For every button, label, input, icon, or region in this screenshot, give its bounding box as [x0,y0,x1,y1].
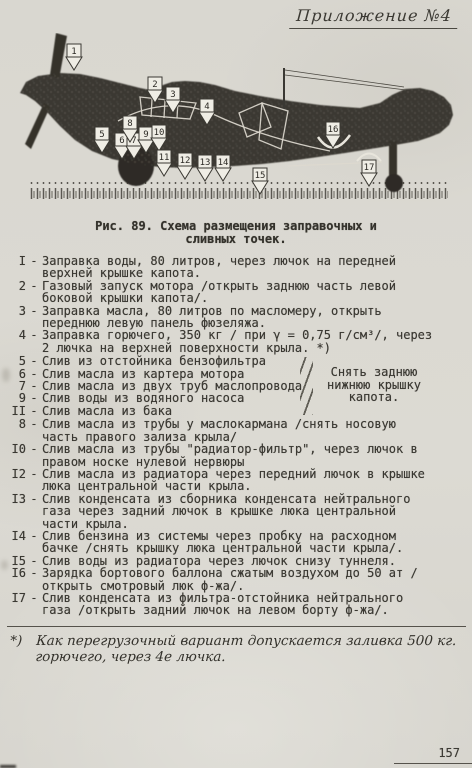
item-dash: - [26,280,42,292]
tailwheel-strut [389,141,397,177]
drain-points-group: 5 - Слив из отстойника бензофильтра 6 - … [0,355,472,417]
item-text: Слив масла из бака [42,405,172,417]
list-item-2: 2 - Газовый запуск мотора /открыть задню… [0,280,472,305]
list-item-14: I4 - Слив бензина из системы через пробк… [0,530,472,555]
arrow-1: 1 [66,44,82,70]
list-item-17: I7 - Слив конденсата из фильтра-отстойни… [0,592,472,617]
arrow-3-label: 3 [170,90,175,100]
item-number: I3 [0,493,26,505]
item-text: Заправка воды, 80 литров, через лючок на… [42,255,434,280]
item-number: 5 [0,355,26,367]
item-number: I0 [0,443,26,455]
item-dash: - [26,530,42,542]
scan-smudge [2,368,10,382]
arrow-9-label: 9 [143,130,148,140]
item-number: I4 [0,530,26,542]
propeller-blade-upper [50,33,67,79]
arrow-10-label: 10 [154,128,165,138]
item-dash: - [26,493,42,505]
footnote: *) Как перегрузочный вариант допускается… [5,626,466,665]
arrow-12-label: 12 [180,156,191,166]
list-item-4: 4 - Заправка горючего, 350 кг / при γ = … [0,329,472,354]
item-text: Слив воды из водяного насоса [42,392,244,404]
annotation-title: Приложение №4 [289,6,459,29]
item-dash: - [26,567,42,579]
item-number: 4 [0,329,26,341]
arrow-17-label: 17 [364,163,375,173]
item-number: 8 [0,418,26,430]
list-item-3: 3 - Заправка масла, 80 литров по масломе… [0,305,472,330]
arrow-14: 14 [215,155,231,181]
item-dash: - [26,418,42,430]
item-dash: - [26,592,42,604]
bottom-edge-line [394,763,472,764]
group-note: Снять заднюю нижнюю крышку капота. [327,366,421,403]
item-number: 9 [0,392,26,404]
list-item-10: I0 - Слив масла из трубы "радиатор-фильт… [0,443,472,468]
list-item-5: 5 - Слив из отстойника бензофильтра [0,355,300,367]
item-text: Зарядка бортового баллона сжатым воздухо… [42,567,434,592]
item-text: Газовый запуск мотора /открыть заднюю ча… [42,280,434,305]
item-number: I2 [0,468,26,480]
item-dash: - [26,405,42,417]
page-number: 157 [438,746,460,760]
arrow-15-label: 15 [255,171,266,181]
item-text: Слив конденсата из фильтра-отстойника не… [42,592,434,617]
arrow-17: 17 [357,154,381,187]
arrow-14-label: 14 [218,158,229,168]
aircraft-silhouette [20,33,453,192]
item-dash: - [26,443,42,455]
list-item-13: I3 - Слив конденсата из сборника конденс… [0,493,472,530]
arrow-12: 12 [177,153,193,179]
item-dash: - [26,329,42,341]
footnote-marker: *) [5,633,37,665]
arrow-5-label: 5 [99,130,104,140]
drain-points-group-items: 5 - Слив из отстойника бензофильтра 6 - … [0,355,300,417]
item-text: Слив масла из трубы у маслокармана /снят… [42,418,434,443]
item-number: 3 [0,305,26,317]
arrow-16-label: 16 [328,125,339,135]
item-number: I7 [0,592,26,604]
item-text: Заправка масла, 80 литров по масломеру, … [42,305,434,330]
arrow-6-label: 6 [119,136,124,146]
item-number: II [0,405,26,417]
list-item-8: 8 - Слив масла из трубы у маслокармана /… [0,418,472,443]
arrow-1-label: 1 [71,47,76,57]
aircraft-fueling-diagram: 1 2 3 4 5 6 7 8 9 10 11 12 13 14 15 16 1… [0,33,472,208]
item-text: Слив бензина из системы через пробку на … [42,530,434,555]
item-dash: - [26,468,42,480]
scanned-document-page: Приложение №4 [0,0,472,768]
arrow-2-label: 2 [152,80,157,90]
list-item-16: I6 - Зарядка бортового баллона сжатым во… [0,567,472,592]
item-dash: - [26,355,42,367]
item-text: Слив масла из радиатора через передний л… [42,468,434,493]
list-item-9: 9 - Слив воды из водяного насоса [0,392,300,404]
arrow-8-label: 8 [127,119,132,129]
list-item-1: I - Заправка воды, 80 литров, через лючо… [0,255,472,280]
arrow-11: 11 [156,150,172,176]
figure-caption: Рис. 89. Схема размещения заправочных и … [0,220,472,246]
scan-smudge [1,560,8,570]
item-text: Заправка горючего, 350 кг / при γ = 0,75… [42,329,434,354]
item-text: Слив масла из трубы "радиатор-фильтр", ч… [42,443,434,468]
item-dash: - [26,392,42,404]
list-item-11: II - Слив масла из бака [0,405,300,417]
item-dash: - [26,255,42,267]
item-number: 2 [0,280,26,292]
fueling-points-list: I - Заправка воды, 80 литров, через лючо… [0,255,472,617]
footnote-text: Как перегрузочный вариант допускается за… [35,633,457,665]
item-number: I [0,255,26,267]
tail-wheel [385,174,403,192]
item-text: Слив конденсата из сборника конденсата н… [42,493,434,530]
item-dash: - [26,305,42,317]
list-item-12: I2 - Слив масла из радиатора через перед… [0,468,472,493]
arrow-11-label: 11 [159,153,170,163]
group-brace [300,357,313,415]
arrow-4-label: 4 [204,102,209,112]
item-text: Слив из отстойника бензофильтра [42,355,266,367]
arrow-13: 13 [197,155,213,181]
arrow-13-label: 13 [200,158,211,168]
